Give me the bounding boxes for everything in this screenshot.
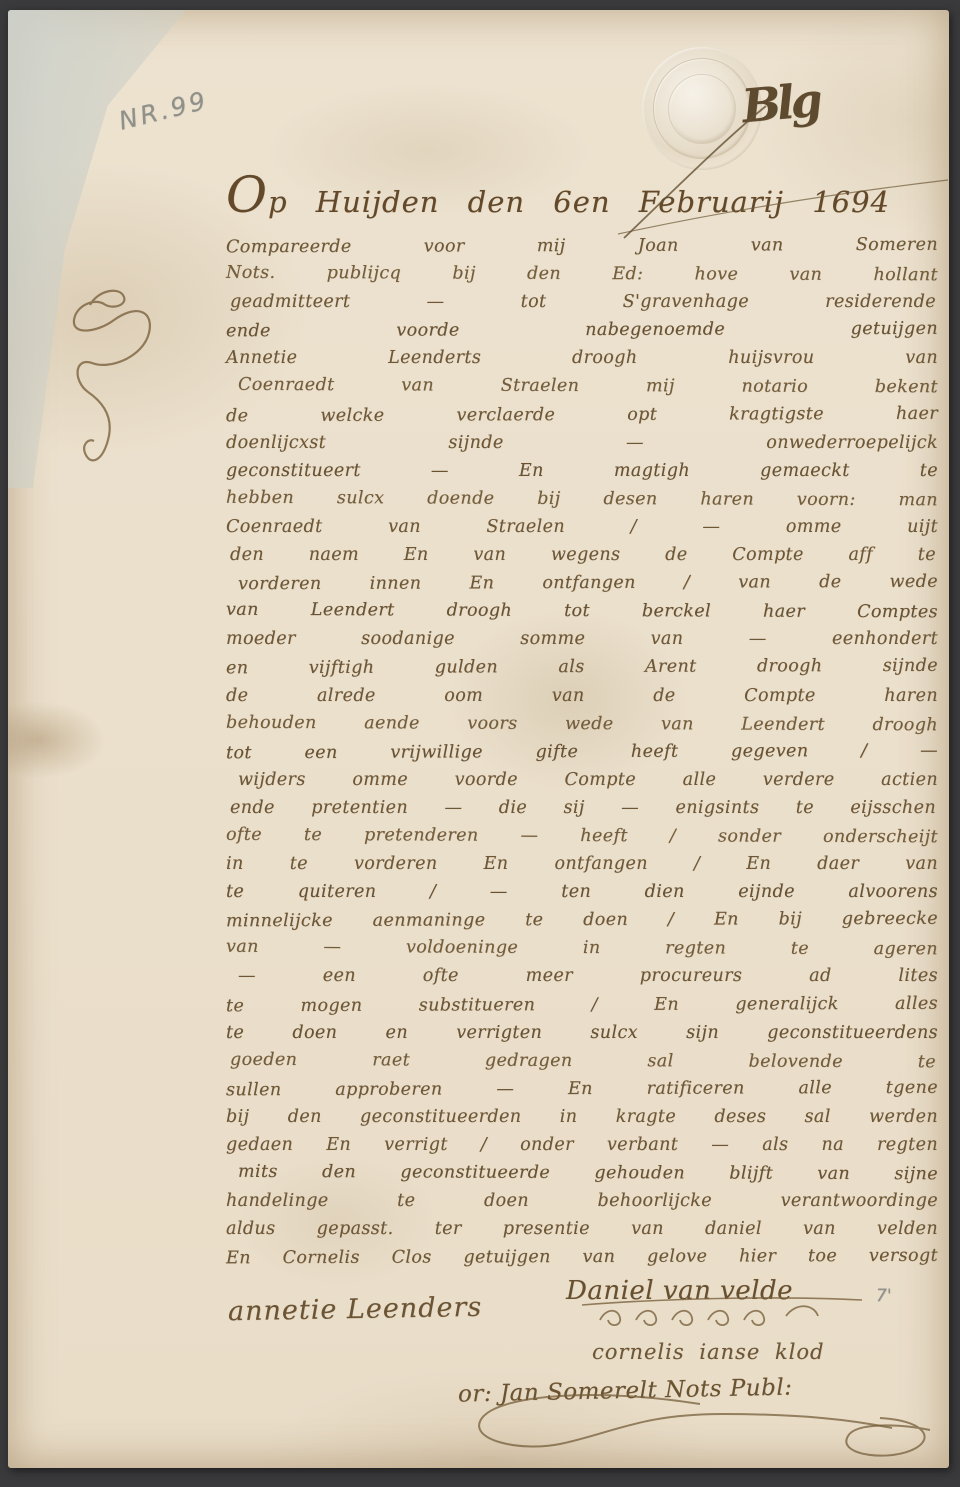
manuscript-line: Op Huijden den 6en Februarij 1694	[226, 172, 890, 225]
manuscript-body: Op Huijden den 6en Februarij 1694Compare…	[226, 172, 938, 1271]
manuscript-line: van — voldoeninge in regten te ageren	[226, 933, 938, 964]
manuscript-line: handelinge te doen behoorlijcke verantwo…	[226, 1187, 938, 1215]
manuscript-line: geadmitteert — tot S'gravenhage residere…	[226, 288, 936, 316]
manuscript-line: geconstitueert — En magtigh gemaeckt te	[226, 457, 938, 485]
manuscript-line: te mogen substitueren / En generalijck a…	[226, 989, 938, 1020]
manuscript-line: hebben sulcx doende bij desen haren voor…	[226, 484, 938, 515]
manuscript-line: minnelijcke aenmaninge te doen / En bij …	[226, 905, 938, 936]
manuscript-line: vorderen innen En ontfangen / van de wed…	[226, 568, 938, 599]
manuscript-line: Nots. publijcq bij den Ed: hove van holl…	[226, 259, 938, 290]
manuscript-line: tot een vrijwillige gifte heeft gegeven …	[226, 736, 938, 767]
manuscript-line: ofte te pretenderen — heeft / sonder ond…	[226, 821, 938, 852]
pencil-folio-number: 7'	[876, 1286, 892, 1306]
manuscript-line: de alrede oom van de Compte haren	[226, 682, 938, 710]
manuscript-line: bij den geconstitueerden in kragte deses…	[226, 1103, 938, 1131]
manuscript-line: in te vorderen En ontfangen / En daer va…	[226, 850, 938, 878]
manuscript-line: sullen approberen — En ratificeren alle …	[226, 1074, 938, 1105]
manuscript-line: mits den geconstitueerde gehouden blijft…	[226, 1158, 938, 1189]
manuscript-line: wijders omme voorde Compte alle verdere …	[226, 766, 938, 794]
manuscript-line: aldus gepasst. ter presentie van daniel …	[226, 1215, 938, 1243]
manuscript-line: te quiteren / — ten dien eijnde alvooren…	[226, 878, 938, 906]
signature-cornelis-ianse-klod: cornelis ianse klod	[592, 1340, 824, 1364]
manuscript-line: behouden aende voors wede van Leendert d…	[226, 708, 938, 739]
manuscript-line: van Leendert droogh tot berckel haer Com…	[226, 596, 938, 627]
manuscript-line: te doen en verrigten sulcx sijn geconsti…	[226, 1019, 938, 1047]
signature-daniel-van-velde: Daniel van velde	[566, 1276, 793, 1306]
manuscript-scan: NR.99 Blg Op Huijden den 6en Februarij 1…	[0, 0, 960, 1487]
manuscript-line: ende pretentien — die sij — enigsints te…	[226, 794, 936, 822]
manuscript-line: En Cornelis Clos getuijgen van gelove hi…	[226, 1242, 938, 1273]
manuscript-line: Annetie Leenderts droogh huijsvrou van	[226, 344, 938, 372]
registration-paraph: Blg	[740, 73, 821, 133]
signature-annetie-leenders: annetie Leenders	[228, 1292, 483, 1327]
manuscript-line: en vijftigh gulden als Arent droogh sijn…	[226, 652, 938, 683]
manuscript-line: — een ofte meer procureurs ad lites	[226, 962, 938, 990]
manuscript-line: Compareerde voor mij Joan van Someren	[226, 231, 938, 262]
manuscript-line: moeder soodanige somme van — eenhondert	[226, 625, 938, 653]
manuscript-line: den naem En van wegens de Compte aff te	[226, 541, 936, 569]
manuscript-line: gedaen En verrigt / onder verbant — als …	[226, 1131, 938, 1159]
manuscript-line: doenlijcxst sijnde — onwederroepelijck	[226, 429, 938, 457]
manuscript-line: ende voorde nabegenoemde getuijgen	[226, 315, 938, 346]
manuscript-line: de welcke verclaerde opt kragtigste haer	[226, 399, 938, 430]
manuscript-line: goeden raet gedragen sal belovende te	[226, 1045, 936, 1076]
manuscript-line: Coenraedt van Straelen mij notario beken…	[226, 371, 938, 402]
manuscript-line: Coenraedt van Straelen / — omme uijt	[226, 513, 938, 541]
